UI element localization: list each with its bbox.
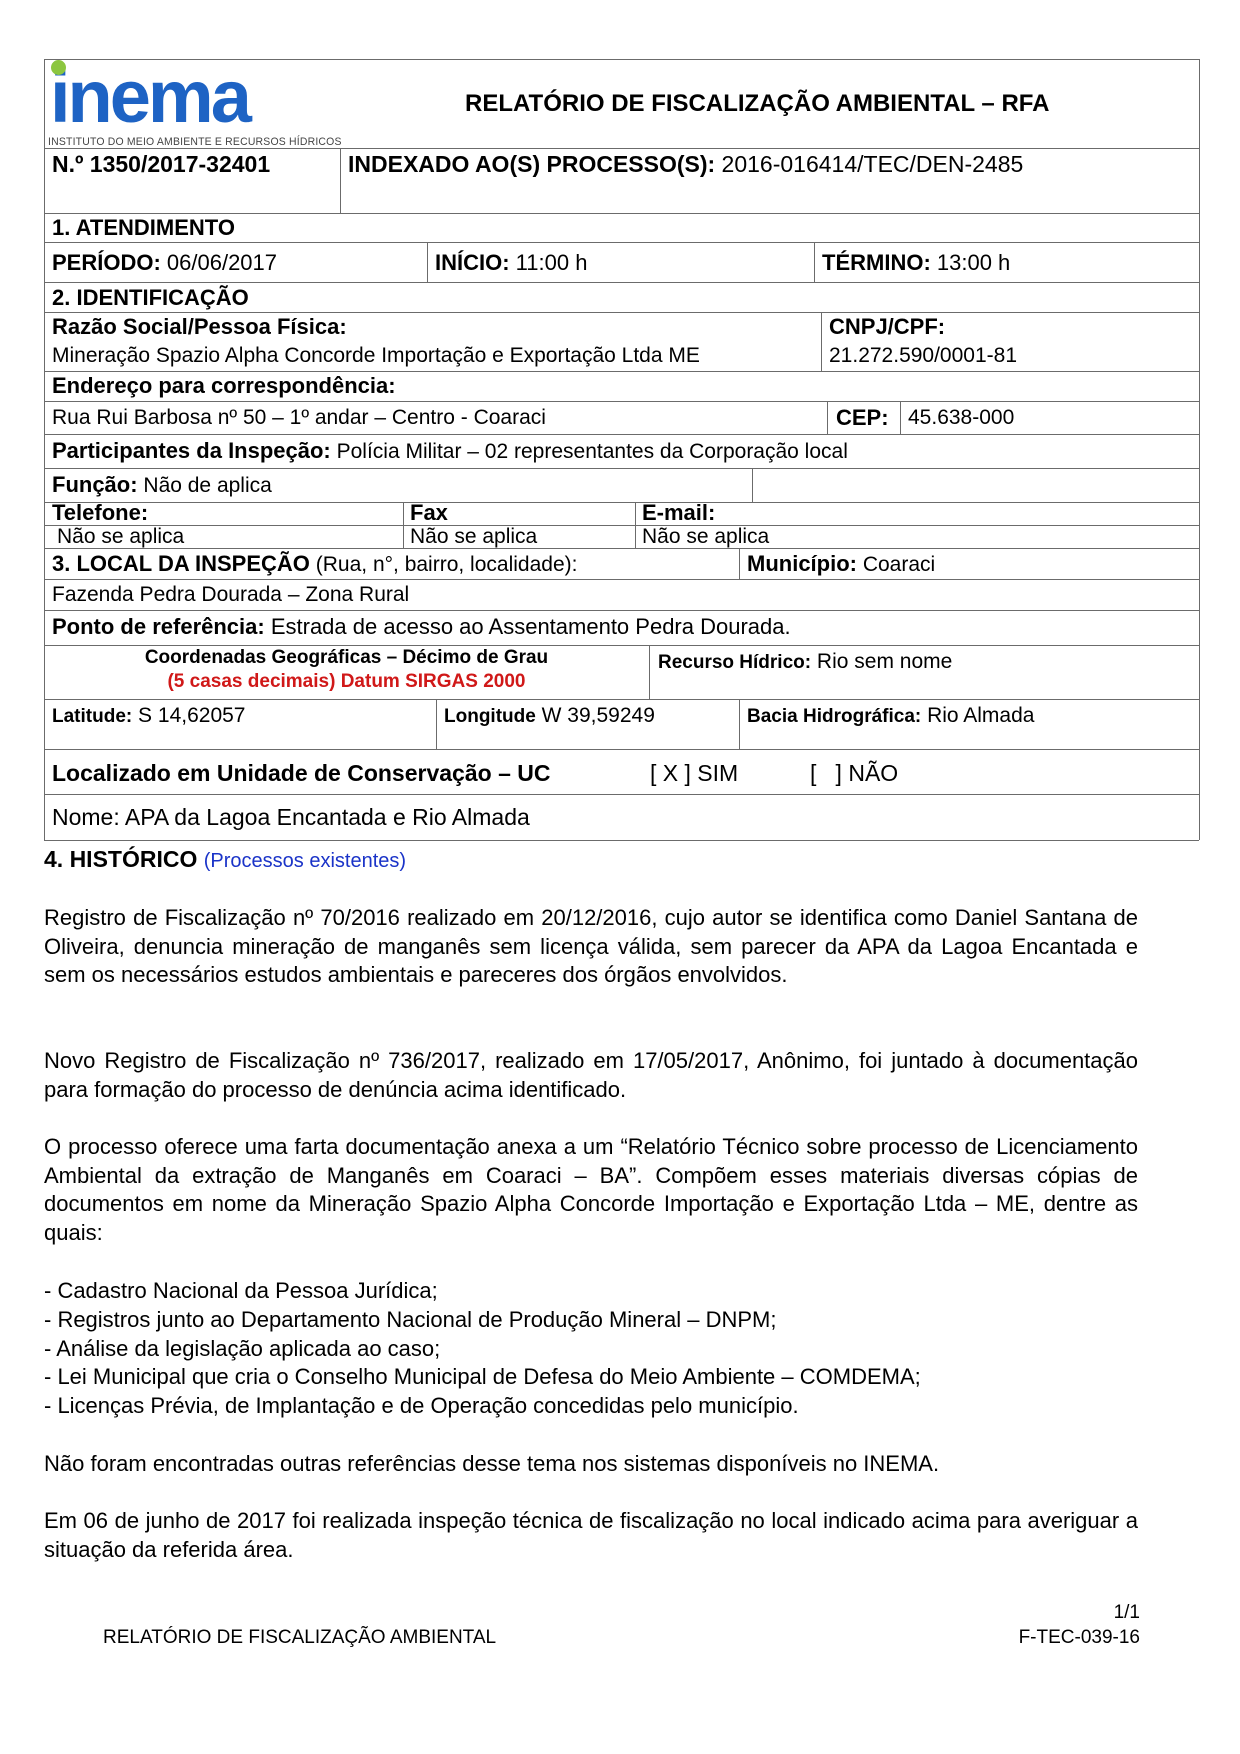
endereco-label: Endereço para correspondência: (52, 373, 396, 399)
footer-form-code: F-TEC-039-16 (960, 1627, 1140, 1649)
recurso-hidrico-value: Rio sem nome (811, 650, 952, 673)
list-item: - Registros junto ao Departamento Nacion… (44, 1306, 1138, 1335)
col-line (752, 468, 753, 502)
row-line (44, 699, 1199, 700)
periodo-label: PERÍODO: (52, 250, 161, 275)
cnpj-label: CNPJ/CPF: (829, 314, 945, 340)
logo-dot-icon (51, 60, 66, 75)
bacia-hidrografica-field: Bacia Hidrográfica: Rio Almada (747, 702, 1034, 730)
section-identificacao: 2. IDENTIFICAÇÃO (52, 285, 249, 311)
latitude-field: Latitude: S 14,62057 (52, 702, 245, 730)
col-line (814, 242, 815, 282)
section-historico: 4. HISTÓRICO (Processos existentes) (44, 846, 406, 874)
table-border-left (44, 59, 45, 840)
uc-nao-checkbox[interactable]: [ ] NÃO (810, 760, 898, 786)
row-line (44, 548, 1199, 549)
periodo-value: 06/06/2017 (161, 250, 277, 275)
longitude-value: W 39,59249 (536, 704, 655, 727)
razao-social-label: Razão Social/Pessoa Física: (52, 314, 347, 340)
row-line (44, 794, 1199, 795)
col-line (827, 401, 828, 434)
local-endereco: Fazenda Pedra Dourada – Zona Rural (52, 582, 409, 608)
fax-value: Não se aplica (410, 524, 537, 550)
logo-subtitle: INSTITUTO DO MEIO AMBIENTE E RECURSOS HÍ… (48, 136, 342, 148)
indexed-process-label: INDEXADO AO(S) PROCESSO(S): (348, 151, 715, 177)
funcao-field: Função: Não de aplica (52, 472, 272, 499)
funcao-label: Função: (52, 472, 138, 497)
page-number: 1/1 (1060, 1602, 1140, 1624)
table-border-right (1199, 59, 1200, 840)
telefone-value: Não se aplica (57, 524, 184, 550)
report-number: N.º 1350/2017-32401 (52, 151, 270, 177)
row-line (44, 312, 1199, 313)
col-line (900, 401, 901, 434)
cep-label: CEP: (836, 405, 889, 431)
bacia-hidrografica-value: Rio Almada (921, 704, 1034, 727)
latitude-value: S 14,62057 (132, 704, 245, 727)
funcao-value: Não de aplica (138, 474, 272, 497)
table-border-bottom (44, 840, 1199, 841)
row-line (44, 371, 1199, 372)
email-value: Não se aplica (642, 524, 769, 550)
section-atendimento: 1. ATENDIMENTO (52, 215, 235, 241)
row-line (44, 610, 1199, 611)
row-line (44, 282, 1199, 283)
historico-paragraph-1: Registro de Fiscalização nº 70/2016 real… (44, 904, 1138, 990)
document-title: RELATÓRIO DE FISCALIZAÇÃO AMBIENTAL – RF… (465, 90, 1049, 118)
participantes-value: Polícia Militar – 02 representantes da C… (331, 440, 848, 463)
list-item: - Lei Municipal que cria o Conselho Muni… (44, 1363, 1138, 1392)
recurso-hidrico-label: Recurso Hídrico: (658, 652, 811, 673)
ponto-referencia-field: Ponto de referência: Estrada de acesso a… (52, 614, 791, 640)
col-line (403, 502, 404, 548)
indexed-process-value: 2016-016414/TEC/DEN-2485 (715, 151, 1023, 177)
col-line (739, 699, 740, 749)
uc-nome: Nome: APA da Lagoa Encantada e Rio Almad… (52, 804, 530, 830)
indexed-process: INDEXADO AO(S) PROCESSO(S): 2016-016414/… (348, 151, 1023, 177)
municipio-label: Município: (747, 551, 857, 576)
termino-field: TÉRMINO: 13:00 h (822, 250, 1010, 276)
row-line (44, 579, 1199, 580)
ponto-referencia-value: Estrada de acesso ao Assentamento Pedra … (265, 614, 791, 639)
row-line (44, 749, 1199, 750)
participantes-field: Participantes da Inspeção: Polícia Milit… (52, 438, 848, 465)
logo-wordmark: inema (50, 60, 249, 134)
longitude-label: Longitude (444, 706, 536, 727)
fax-label: Fax (410, 500, 448, 526)
periodo-field: PERÍODO: 06/06/2017 (52, 250, 277, 276)
municipio-field: Município: Coaraci (747, 551, 935, 578)
row-line (44, 213, 1199, 214)
row-line (44, 242, 1199, 243)
section-historico-hint: (Processos existentes) (204, 850, 406, 872)
participantes-label: Participantes da Inspeção: (52, 438, 331, 463)
email-label: E-mail: (642, 500, 715, 526)
row-line (44, 525, 1199, 526)
col-line (649, 645, 650, 699)
col-line (635, 502, 636, 548)
inicio-field: INÍCIO: 11:00 h (435, 250, 587, 276)
row-line (44, 401, 1199, 402)
footer-title: RELATÓRIO DE FISCALIZAÇÃO AMBIENTAL (103, 1627, 496, 1649)
section-historico-title: 4. HISTÓRICO (44, 846, 197, 872)
coordenadas-note: (5 casas decimais) Datum SIRGAS 2000 (44, 670, 649, 694)
list-item: - Licenças Prévia, de Implantação e de O… (44, 1392, 1138, 1421)
row-line (44, 434, 1199, 435)
row-line (44, 468, 1199, 469)
list-item: - Análise da legislação aplicada ao caso… (44, 1335, 1138, 1364)
termino-value: 13:00 h (931, 250, 1011, 275)
uc-sim-checkbox[interactable]: [ X ] SIM (650, 760, 738, 786)
uc-label: Localizado em Unidade de Conservação – U… (52, 760, 550, 786)
section-local-hint: (Rua, n°, bairro, localidade): (310, 553, 578, 576)
col-line (739, 548, 740, 579)
razao-social-value: Mineração Spazio Alpha Concorde Importaç… (52, 343, 700, 369)
historico-paragraph-4: Não foram encontradas outras referências… (44, 1450, 1138, 1479)
col-line (340, 148, 341, 213)
col-line (427, 242, 428, 282)
bacia-hidrografica-label: Bacia Hidrográfica: (747, 706, 921, 727)
row-line (44, 502, 1199, 503)
historico-paragraph-5: Em 06 de junho de 2017 foi realizada ins… (44, 1507, 1138, 1564)
section-local-title: 3. LOCAL DA INSPEÇÃO (52, 551, 310, 576)
list-item: - Cadastro Nacional da Pessoa Jurídica; (44, 1277, 1138, 1306)
latitude-label: Latitude: (52, 706, 132, 727)
recurso-hidrico-field: Recurso Hídrico: Rio sem nome (658, 648, 952, 676)
cep-value: 45.638-000 (908, 405, 1014, 431)
cnpj-value: 21.272.590/0001-81 (829, 343, 1017, 369)
coordenadas-title: Coordenadas Geográficas – Décimo de Grau (44, 646, 649, 670)
historico-paragraph-3: O processo oferece uma farta documentaçã… (44, 1133, 1138, 1247)
municipio-value: Coaraci (857, 553, 935, 576)
section-local: 3. LOCAL DA INSPEÇÃO (Rua, n°, bairro, l… (52, 551, 577, 578)
termino-label: TÉRMINO: (822, 250, 931, 275)
inicio-label: INÍCIO: (435, 250, 510, 275)
col-line (821, 312, 822, 371)
telefone-label: Telefone: (52, 500, 148, 526)
ponto-referencia-label: Ponto de referência: (52, 614, 265, 639)
longitude-field: Longitude W 39,59249 (444, 702, 655, 730)
inicio-value: 11:00 h (510, 250, 588, 275)
historico-paragraph-2: Novo Registro de Fiscalização nº 736/201… (44, 1047, 1138, 1104)
col-line (436, 699, 437, 749)
endereco-value: Rua Rui Barbosa nº 50 – 1º andar – Centr… (52, 405, 546, 431)
row-line (44, 148, 1199, 149)
